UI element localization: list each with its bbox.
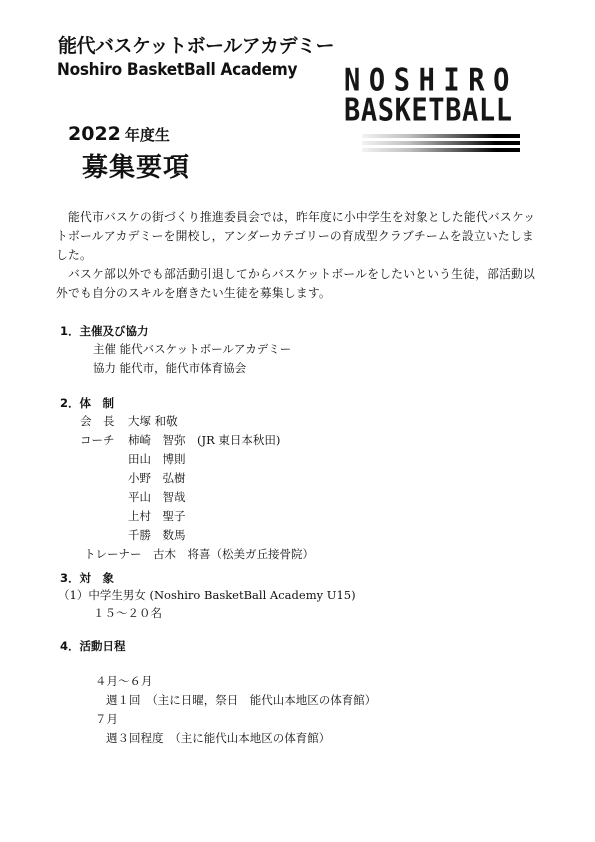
section-2-heading: 2．体 制 bbox=[60, 395, 114, 411]
logo-stripe bbox=[362, 148, 520, 152]
academy-name-en: Noshiro BasketBall Academy bbox=[57, 60, 297, 79]
coach-name: 柿崎 智弥 (JR 東日本秋田) bbox=[128, 432, 280, 448]
section-1-heading: 1．主催及び協力 bbox=[60, 323, 149, 339]
section-4-heading: 4．活動日程 bbox=[60, 638, 126, 654]
coach-role: コーチ bbox=[80, 432, 115, 448]
coach-name: 小野 弘樹 bbox=[128, 470, 186, 486]
coach-name: 千勝 数馬 bbox=[128, 527, 186, 543]
intro-paragraph-1: 能代市バスケの街づくり推進委員会では，昨年度に小中学生を対象とした能代バスケット… bbox=[56, 208, 540, 265]
schedule-detail-1: 週１回 （主に日曜，祭日 能代山本地区の体育館） bbox=[106, 692, 376, 708]
academy-name-jp: 能代バスケットボールアカデミー bbox=[58, 31, 334, 58]
noshiro-basketball-logo: NOSHIRO BASKETBALL bbox=[344, 64, 520, 124]
page-title: 募集要項 bbox=[82, 147, 190, 184]
coach-name: 平山 智哉 bbox=[128, 489, 186, 505]
coach-name: 上村 聖子 bbox=[128, 508, 186, 524]
chair-role: 会 長 bbox=[80, 413, 115, 429]
schedule-period-1: ４月～６月 bbox=[95, 673, 153, 689]
organizer-line: 主催 能代バスケットボールアカデミー bbox=[93, 341, 291, 357]
intro-text: 能代市バスケの街づくり推進委員会では，昨年度に小中学生を対象とした能代バスケット… bbox=[56, 208, 540, 303]
intro-paragraph-2: バスケ部以外でも部活動引退してからバスケットボールをしたいという生徒，部活動以外… bbox=[56, 265, 540, 303]
year-suffix: 年度生 bbox=[125, 126, 170, 144]
logo-speed-stripes bbox=[362, 134, 520, 155]
capacity-line: １５～２０名 bbox=[93, 605, 162, 621]
recruitment-year: 2022年度生 bbox=[68, 123, 170, 145]
section-3-heading: 3．対 象 bbox=[60, 570, 114, 586]
schedule-period-2: ７月 bbox=[95, 711, 118, 727]
year-number: 2022 bbox=[68, 123, 121, 145]
coach-name: 田山 博則 bbox=[128, 451, 186, 467]
logo-stripe bbox=[362, 141, 520, 145]
logo-line-2: BASKETBALL bbox=[344, 94, 520, 129]
schedule-detail-2: 週３回程度 （主に能代山本地区の体育館） bbox=[106, 730, 330, 746]
trainer-line: トレーナー 古木 将喜（松美ガ丘接骨院） bbox=[84, 546, 314, 562]
logo-stripe bbox=[362, 134, 520, 138]
cooperation-line: 協力 能代市，能代市体育協会 bbox=[93, 360, 246, 376]
target-line: （1）中学生男女 (Noshiro BasketBall Academy U15… bbox=[58, 587, 356, 603]
chair-name: 大塚 和敬 bbox=[128, 413, 178, 429]
